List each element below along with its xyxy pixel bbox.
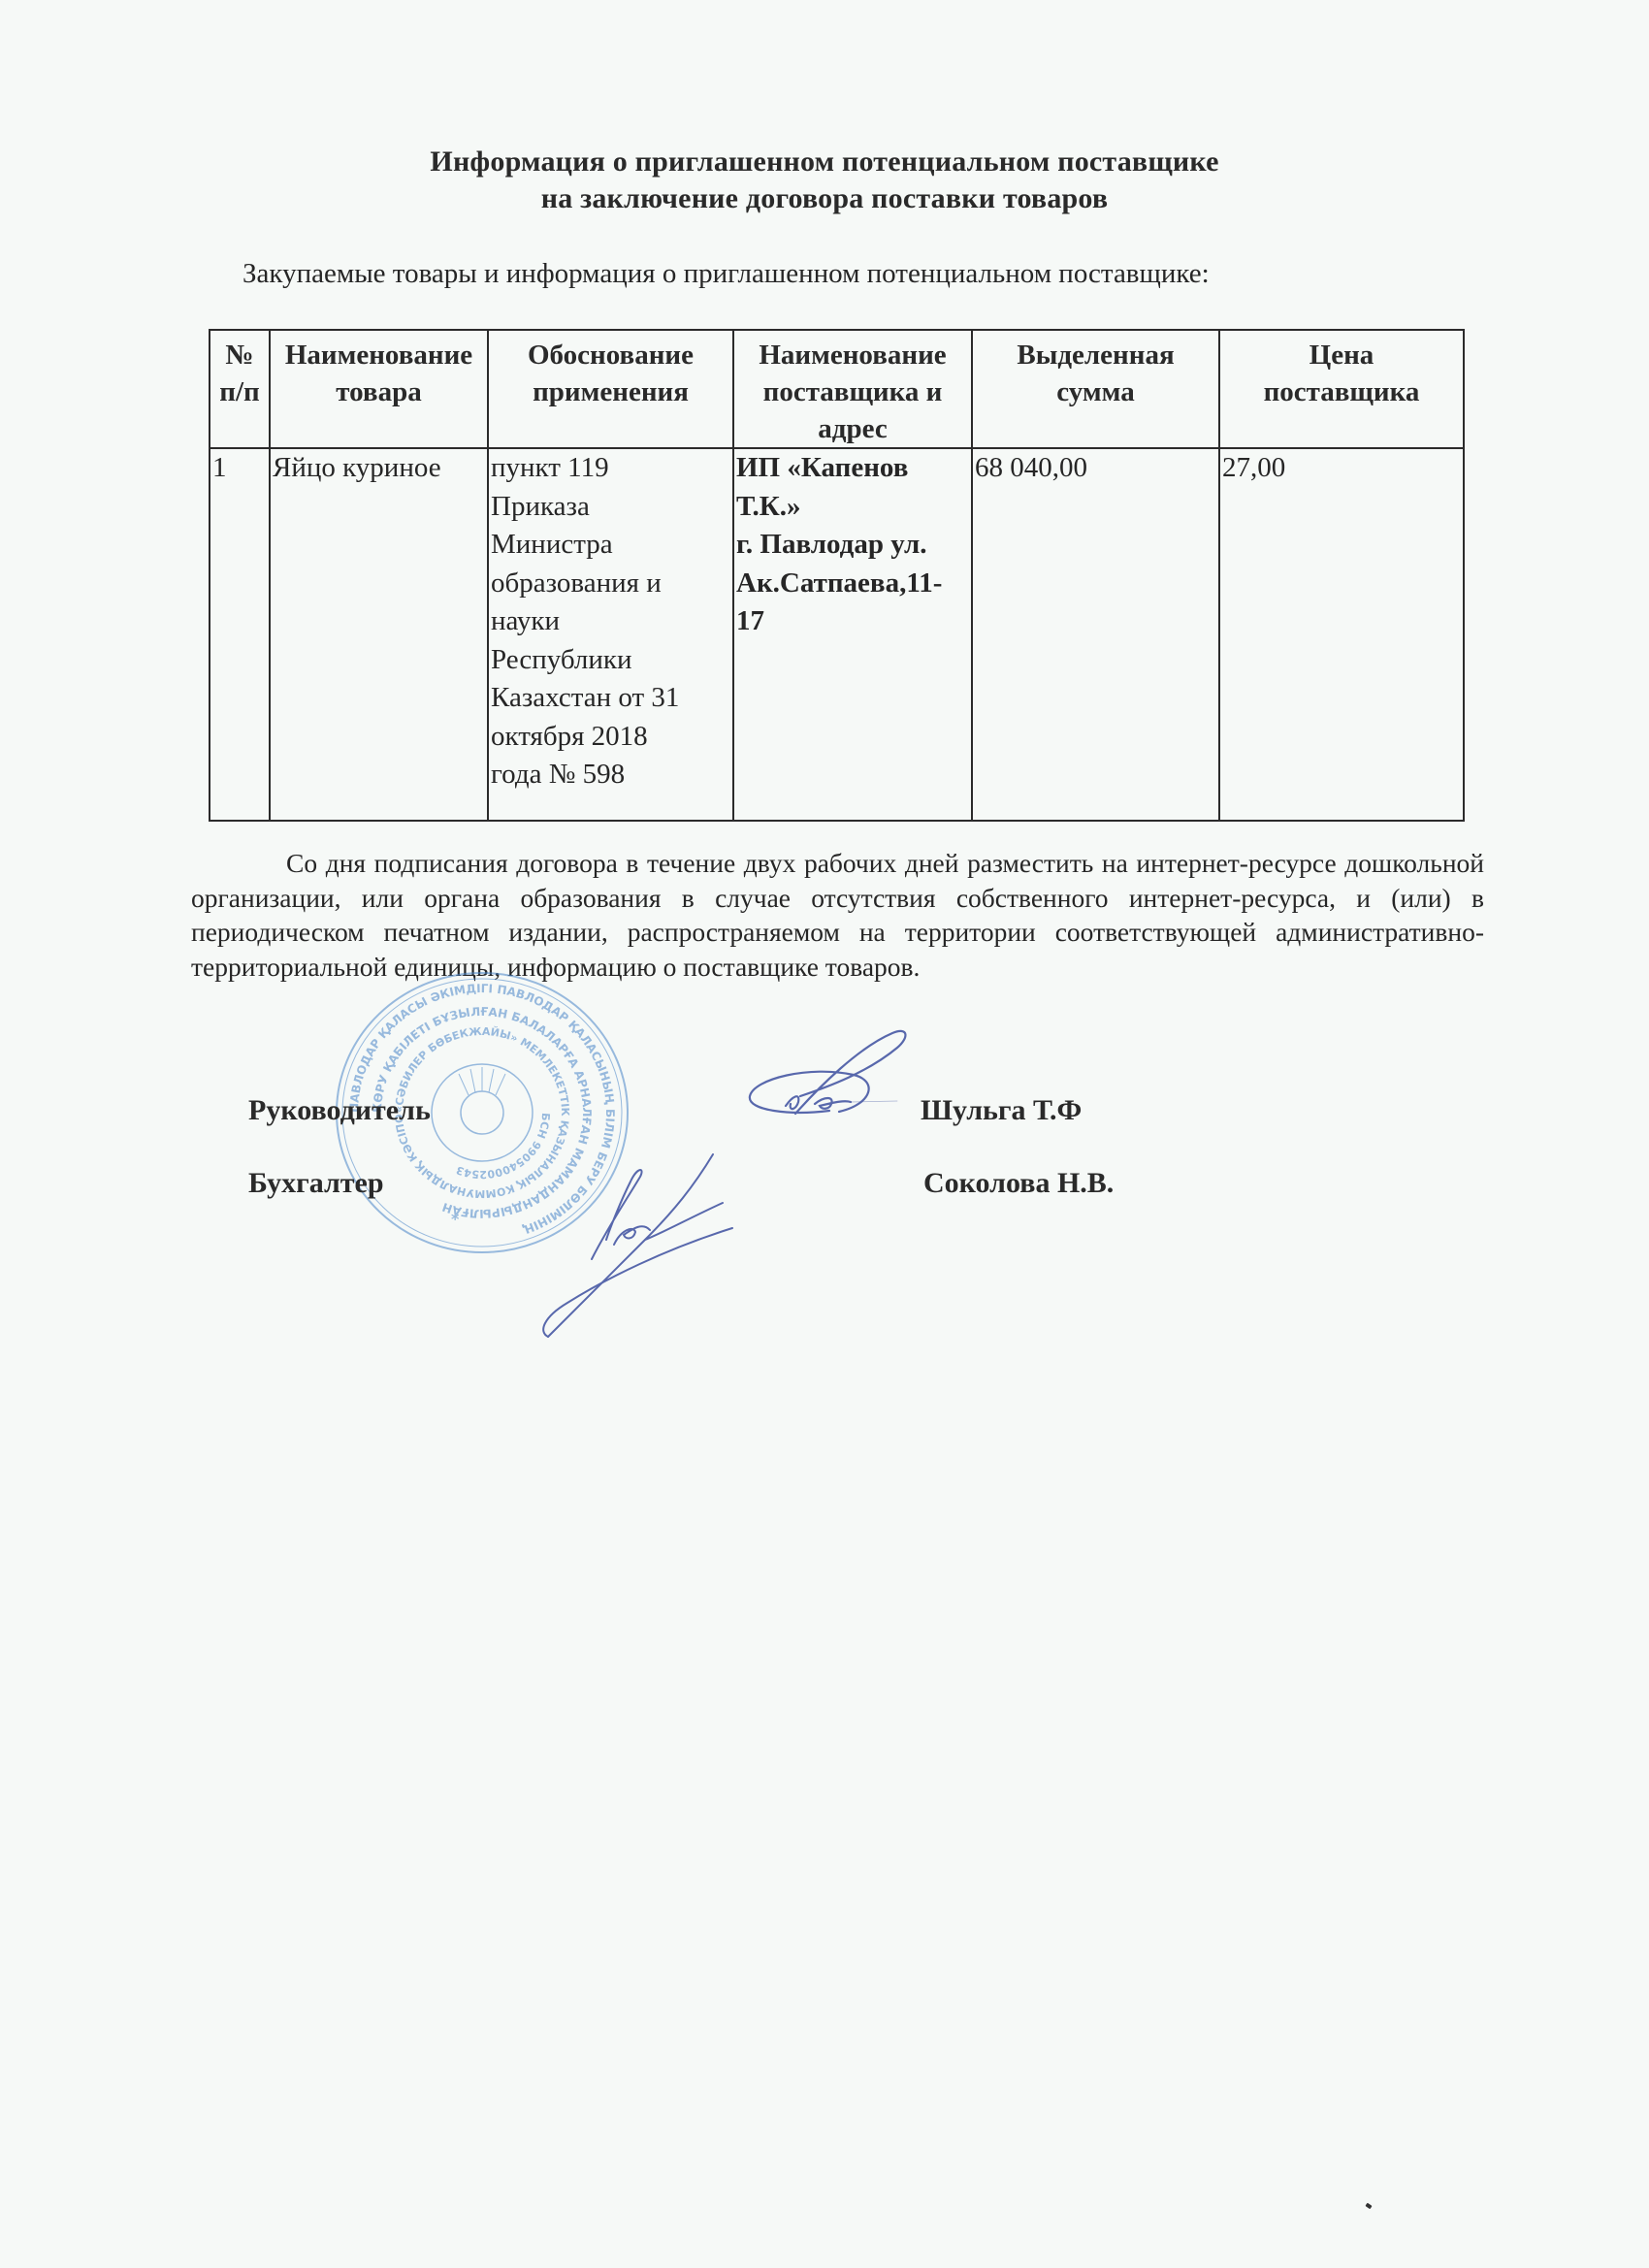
- cell-supplier: ИП «Капенов Т.К.» г. Павлодар ул. Ак.Сат…: [733, 448, 972, 821]
- cell-justification: пункт 119 Приказа Министра образования и…: [488, 448, 733, 821]
- head-name: Шульга Т.Ф: [921, 1093, 1082, 1128]
- accountant-signature: [529, 1143, 742, 1346]
- accountant-name: Соколова Н.В.: [923, 1166, 1114, 1201]
- table-header-row: №п/п Наименованиетовара Обоснованиеприме…: [210, 330, 1464, 448]
- publication-notice: Со дня подписания договора в течение дву…: [191, 846, 1484, 985]
- cell-product: Яйцо куриное: [270, 448, 488, 821]
- accountant-label: Бухгалтер: [248, 1166, 384, 1201]
- cell-number: 1: [210, 448, 270, 821]
- scan-speck: [1365, 2203, 1372, 2210]
- header-product: Наименованиетовара: [270, 330, 488, 448]
- header-supplier: Наименованиепоставщика иадрес: [733, 330, 972, 448]
- header-number: №п/п: [210, 330, 270, 448]
- head-signature: [742, 1019, 917, 1130]
- head-label: Руководитель: [248, 1093, 431, 1128]
- header-justification: Обоснованиеприменения: [488, 330, 733, 448]
- header-supplier-price: Ценапоставщика: [1219, 330, 1464, 448]
- table-intro: Закупаемые товары и информация о приглаш…: [242, 256, 1210, 291]
- table-row: 1 Яйцо куриное пункт 119 Приказа Министр…: [210, 448, 1464, 821]
- cell-supplier-price: 27,00: [1219, 448, 1464, 821]
- cell-allocated-amount: 68 040,00: [972, 448, 1219, 821]
- title-line-2: на заключение договора поставки товаров: [0, 180, 1649, 217]
- svg-text:*: *: [451, 1210, 460, 1228]
- document-title: Информация о приглашенном потенциальном …: [0, 144, 1649, 217]
- supplier-table: №п/п Наименованиетовара Обоснованиеприме…: [209, 329, 1465, 822]
- header-allocated-amount: Выделеннаясумма: [972, 330, 1219, 448]
- title-line-1: Информация о приглашенном потенциальном …: [0, 144, 1649, 180]
